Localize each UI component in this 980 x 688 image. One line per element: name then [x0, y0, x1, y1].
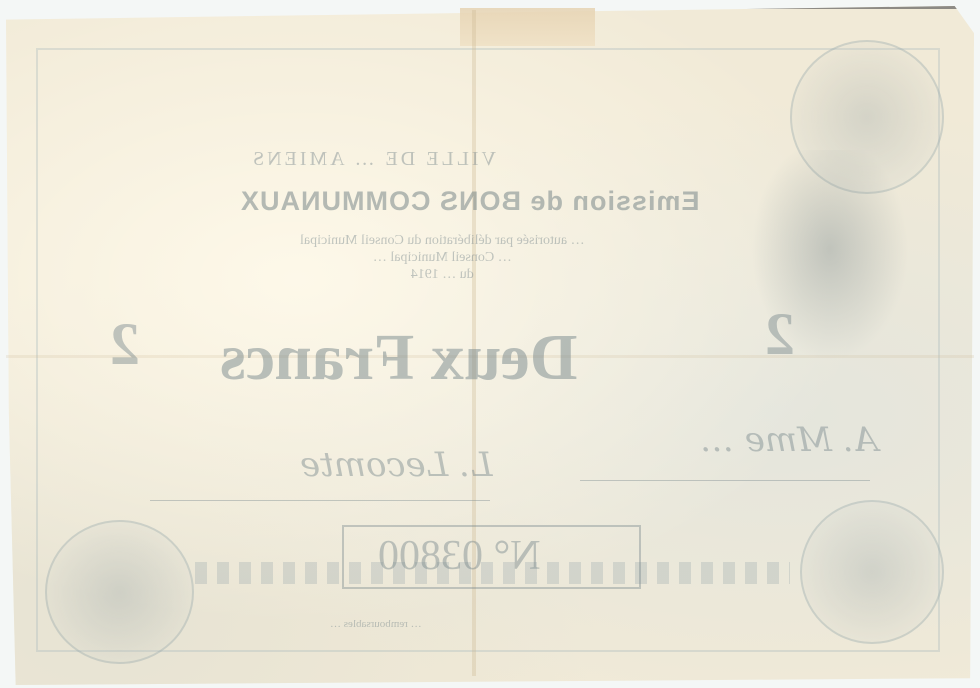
decree-line: … Conseil Municipal … [300, 249, 585, 266]
town-line: VILLE DE … AMIENS [250, 148, 496, 171]
denomination: Deux Francs [220, 320, 577, 396]
numeral-left: 2 [110, 310, 140, 379]
seal-icon [800, 500, 944, 644]
tape-stain [460, 8, 595, 46]
serial-number: N° 03800 [378, 532, 541, 580]
signature-line [150, 500, 490, 501]
decree-line: … autorisée par délibération du Conseil … [300, 232, 585, 249]
signature-left: L. Lecomte [300, 445, 492, 485]
footer-text: … remboursables … [330, 618, 422, 631]
numeral-right: 2 [765, 300, 795, 369]
decree-line: du … 1914 [300, 266, 585, 283]
emission-title: Emission de BONS COMMUNAUX [240, 186, 700, 217]
signature-right: A. Mme … [700, 420, 878, 460]
seal-icon [45, 520, 194, 664]
decree-text: … autorisée par délibération du Conseil … [300, 232, 585, 283]
signature-line [580, 480, 870, 481]
